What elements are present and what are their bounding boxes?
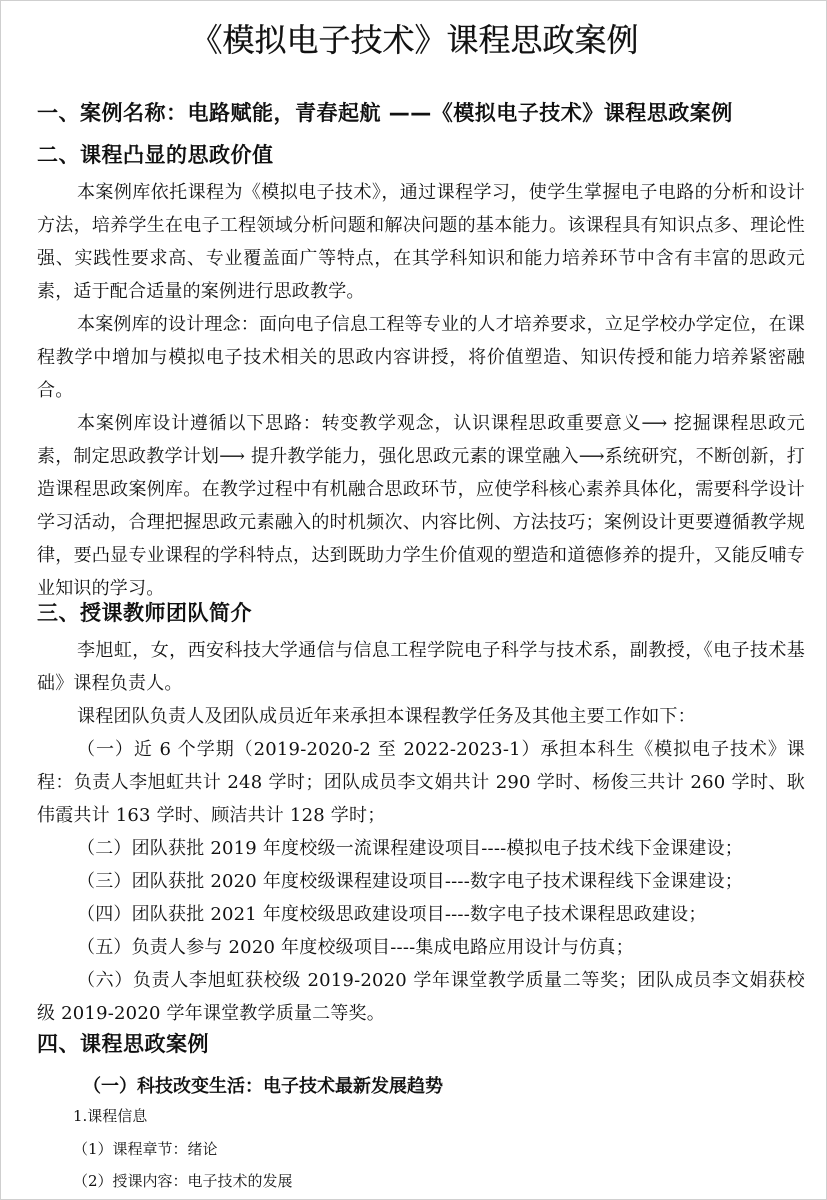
section-2-paragraph-1: 本案例库依托课程为《模拟电子技术》，通过课程学习，使学生掌握电子电路的分析和设计… <box>37 176 805 308</box>
course-info-heading: 1.课程信息 <box>73 1105 147 1126</box>
section-1-heading: 一、案例名称：电路赋能，青春起航 ——《模拟电子技术》课程思政案例 <box>37 97 733 127</box>
section-3-intro: 李旭虹，女，西安科技大学通信与信息工程学院电子科学与技术系，副教授，《电子技术基… <box>37 634 805 700</box>
team-item-3: （三）团队获批 2020 年度校级课程建设项目----数字电子技术课程线下金课建… <box>37 865 805 898</box>
team-item-5: （五）负责人参与 2020 年度校级项目----集成电路应用设计与仿真； <box>37 931 805 964</box>
team-item-1: （一）近 6 个学期（2019-2020-2 至 2022-2023-1）承担本… <box>37 733 805 832</box>
section-4-heading: 四、课程思政案例 <box>37 1028 209 1058</box>
course-chapter: （1）课程章节：绪论 <box>73 1138 218 1159</box>
section-3-team-line: 课程团队负责人及团队成员近年来承担本课程教学任务及其他主要工作如下： <box>37 700 805 733</box>
section-2-heading: 二、课程凸显的思政价值 <box>37 139 274 169</box>
document-page: 《模拟电子技术》课程思政案例 一、案例名称：电路赋能，青春起航 ——《模拟电子技… <box>0 0 827 1200</box>
section-2-paragraph-3: 本案例库设计遵循以下思路：转变教学观念，认识课程思政重要意义⟶ 挖掘课程思政元素… <box>37 407 805 605</box>
team-item-2: （二）团队获批 2019 年度校级一流课程建设项目----模拟电子技术线下金课建… <box>37 832 805 865</box>
document-title: 《模拟电子技术》课程思政案例 <box>1 15 827 61</box>
section-3-heading: 三、授课教师团队简介 <box>37 597 252 627</box>
team-item-6: （六）负责人李旭虹获校级 2019-2020 学年课堂教学质量二等奖；团队成员李… <box>37 964 805 1030</box>
course-content: （2）授课内容：电子技术的发展 <box>73 1170 293 1191</box>
team-item-4: （四）团队获批 2021 年度校级思政建设项目----数字电子技术课程思政建设； <box>37 898 805 931</box>
section-2-paragraph-2: 本案例库的设计理念：面向电子信息工程等专业的人才培养要求，立足学校办学定位，在课… <box>37 308 805 407</box>
case-1-heading: （一）科技改变生活：电子技术最新发展趋势 <box>83 1072 443 1098</box>
